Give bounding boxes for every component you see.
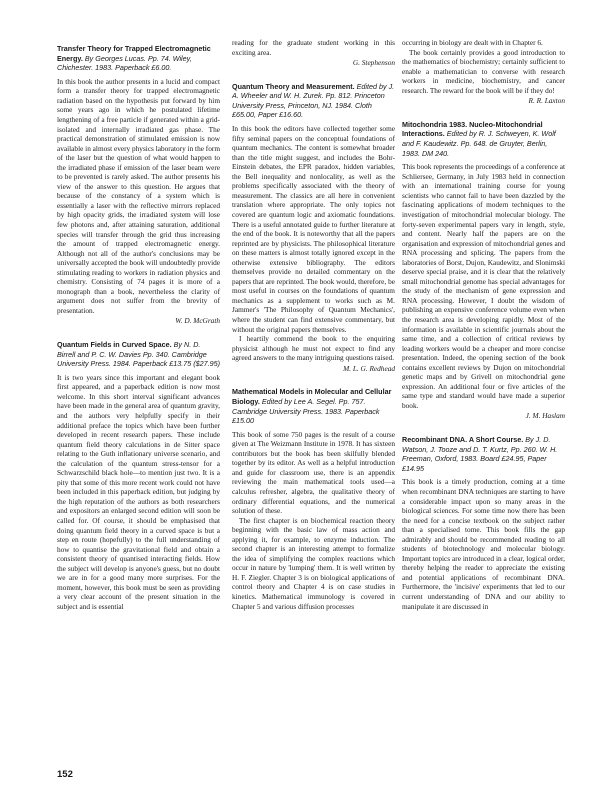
- review-heading: Mitochondria 1983. Nucleo-Mitochondrial …: [402, 120, 565, 158]
- review-body: It is two years since this important and…: [57, 373, 220, 612]
- review-body: This book of some 750 pages is the resul…: [232, 430, 395, 611]
- review-paragraph: It is two years since this important and…: [57, 373, 220, 612]
- column-2: reading for the graduate student working…: [232, 38, 395, 625]
- review-body-continued: occurring in biology are dealt with in C…: [402, 38, 565, 95]
- review-mitochondria: Mitochondria 1983. Nucleo-Mitochondrial …: [402, 120, 565, 421]
- review-quantum-theory-measurement: Quantum Theory and Measurement. Edited b…: [232, 82, 395, 374]
- journal-page: Transfer Theory for Trapped Electromagne…: [0, 0, 600, 812]
- review-body: In this book the editors have collected …: [232, 124, 395, 363]
- reviewer-name: J. M. Haslam: [402, 411, 565, 421]
- book-title: Quantum Theory and Measurement.: [232, 82, 355, 91]
- reviewer-name: W. D. McGrath: [57, 316, 220, 326]
- review-body-continued: reading for the graduate student working…: [232, 38, 395, 57]
- review-recombinant-dna: Recombinant DNA. A Short Course. By J. D…: [402, 435, 565, 611]
- review-paragraph: reading for the graduate student working…: [232, 38, 395, 57]
- review-paragraph: I heartily commend the book to the enqui…: [232, 334, 395, 363]
- review-heading: Quantum Theory and Measurement. Edited b…: [232, 82, 395, 120]
- review-paragraph: The first chapter is on biochemical reac…: [232, 516, 395, 611]
- review-paragraph: occurring in biology are dealt with in C…: [402, 38, 565, 48]
- book-title: Quantum Fields in Curved Space.: [57, 340, 172, 349]
- review-paragraph: This book of some 750 pages is the resul…: [232, 430, 395, 516]
- review-body: This book is a timely production, coming…: [402, 477, 565, 611]
- review-paragraph: In this book the editors have collected …: [232, 124, 395, 334]
- review-paragraph: This book represents the proceedings of …: [402, 162, 565, 410]
- column-3: occurring in biology are dealt with in C…: [402, 38, 565, 625]
- review-heading: Transfer Theory for Trapped Electromagne…: [57, 44, 220, 73]
- review-body: In this book the author presents in a lu…: [57, 77, 220, 316]
- reviewer-name: M. L. G. Redhead: [232, 364, 395, 374]
- review-heading: Quantum Fields in Curved Space. By N. D.…: [57, 340, 220, 369]
- review-heading: Recombinant DNA. A Short Course. By J. D…: [402, 435, 565, 473]
- review-body: This book represents the proceedings of …: [402, 162, 565, 410]
- page-number: 152: [57, 769, 73, 780]
- review-paragraph: The book certainly provides a good intro…: [402, 48, 565, 96]
- review-continuation: reading for the graduate student working…: [232, 38, 395, 68]
- review-quantum-fields: Quantum Fields in Curved Space. By N. D.…: [57, 340, 220, 611]
- review-heading: Mathematical Models in Molecular and Cel…: [232, 387, 395, 425]
- review-mathematical-models: Mathematical Models in Molecular and Cel…: [232, 387, 395, 611]
- column-1: Transfer Theory for Trapped Electromagne…: [57, 44, 220, 626]
- book-title: Recombinant DNA. A Short Course.: [402, 435, 523, 444]
- review-transfer-theory: Transfer Theory for Trapped Electromagne…: [57, 44, 220, 326]
- review-continuation: occurring in biology are dealt with in C…: [402, 38, 565, 106]
- reviewer-name: R. R. Laxton: [402, 96, 565, 106]
- review-paragraph: In this book the author presents in a lu…: [57, 77, 220, 316]
- review-paragraph: This book is a timely production, coming…: [402, 477, 565, 611]
- reviewer-name: G. Stephenson: [232, 58, 395, 68]
